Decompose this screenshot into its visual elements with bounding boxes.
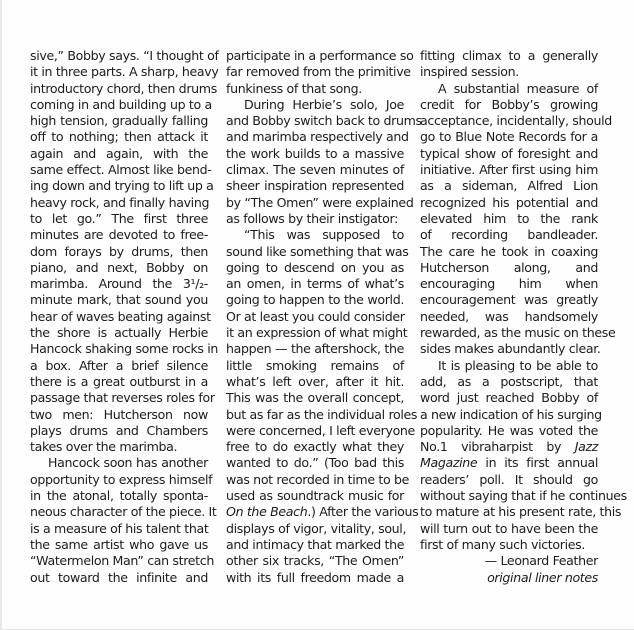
text-line: introductory chord, then drums (30, 81, 208, 97)
text-line: Or at least you could consider (226, 309, 404, 325)
text-line: without saying that if he continues (420, 488, 598, 504)
text-line: first of many such victories. (420, 537, 598, 553)
attribution-author: — Leonard Feather (420, 553, 598, 569)
text-line: were concerned, I left everyone (226, 423, 404, 439)
text-line: out toward the infinite and (30, 570, 208, 586)
text-line: again and again, with the (30, 146, 208, 162)
text-line: but as far as the individual roles (226, 407, 404, 423)
text-line: plays drums and Chambers (30, 423, 208, 439)
text-run: .) After the various (307, 504, 418, 519)
text-column-2: participate in a performance so far remo… (226, 48, 404, 586)
text-line: funkiness of that song. (226, 81, 404, 97)
text-line: add, as a postscript, that (420, 374, 598, 390)
text-line: encouraging him when (420, 276, 598, 292)
text-line: minute mark, that sound you (30, 292, 208, 308)
text-line: a new indication of his surging (420, 407, 598, 423)
text-line: credit for Bobby’s growing (420, 97, 598, 113)
text-line: far removed from the primitive (226, 64, 404, 80)
text-line: takes over the marimba. (30, 439, 208, 455)
text-line: climax. The seven minutes of (226, 162, 404, 178)
text-line: is a measure of his talent that (30, 521, 208, 537)
text-line: off to nothing; then attack it (30, 129, 208, 145)
text-line: Magazine in its first annual (420, 455, 598, 471)
text-line: initiative. After first using him (420, 162, 598, 178)
paragraph-start-line: During Herbie’s solo, Joe (226, 97, 404, 113)
text-line: high tension, gradually falling (30, 113, 208, 129)
text-line: there is a great outburst in a (30, 374, 208, 390)
text-line: neous character of the piece. It (30, 504, 208, 520)
paragraph-start-line: “This was supposed to (226, 227, 404, 243)
text-line: typical show of foresight and (420, 146, 598, 162)
text-line: and intimacy that marked the (226, 537, 404, 553)
text-line: heavy rock, and finally having (30, 195, 208, 211)
text-run: No.1 vibraharpist by (420, 439, 575, 454)
text-line: displays of vigor, vitality, soul, (226, 521, 404, 537)
text-line: sive,” Bobby says. “I thought of (30, 48, 208, 64)
text-line: The care he took in coaxing (420, 244, 598, 260)
text-line: to mature at his present rate, this (420, 504, 598, 520)
text-line: sound like something that was (226, 244, 404, 260)
text-line: as a sideman, Alfred Lion (420, 178, 598, 194)
text-line: popularity. He was voted the (420, 423, 598, 439)
text-line: other six tracks, “The Omen” (226, 553, 404, 569)
text-line: used as soundtrack music for (226, 488, 404, 504)
text-line: sheer inspiration represented (226, 178, 404, 194)
text-line: happen — the aftershock, the (226, 341, 404, 357)
text-column-1: sive,” Bobby says. “I thought of it in t… (30, 48, 208, 586)
text-line: with its full freedom made a (226, 570, 404, 586)
text-line: an omen, in terms of what’s (226, 276, 404, 292)
text-line: piano, and next, Bobby on (30, 260, 208, 276)
text-line: hear of waves beating against (30, 309, 208, 325)
liner-notes-page: sive,” Bobby says. “I thought of it in t… (0, 0, 634, 630)
text-line: readers’ poll. It should go (420, 472, 598, 488)
text-line: two men: Hutcherson now (30, 407, 208, 423)
text-line: This was the overall concept, (226, 390, 404, 406)
magazine-title-italic: Jazz (575, 439, 598, 454)
text-line: sides makes abundantly clear. (420, 341, 598, 357)
text-line: the shore is actually Herbie (30, 325, 208, 341)
text-line: word just reached Bobby of (420, 390, 598, 406)
magazine-title-italic: Magazine (420, 455, 477, 470)
paragraph-start-line: It is pleasing to be able to (420, 358, 598, 374)
text-line: Hutcherson along, and (420, 260, 598, 276)
book-title-italic: On the Beach (226, 504, 307, 519)
text-line: go to Blue Note Records for a (420, 129, 598, 145)
text-run: in its first annual (477, 455, 598, 470)
text-line: little smoking remains of (226, 358, 404, 374)
text-line: dom forays by drums, then (30, 244, 208, 260)
text-line: free to do exactly what they (226, 439, 404, 455)
text-line: “Watermelon Man” can stretch (30, 553, 208, 569)
text-line: it an expression of what might (226, 325, 404, 341)
paragraph-start-line: Hancock soon has another (30, 455, 208, 471)
text-line: encouragement was greatly (420, 292, 598, 308)
text-line: No.1 vibraharpist by Jazz (420, 439, 598, 455)
text-line: the same artist who gave us (30, 537, 208, 553)
text-line: recognized his potential and (420, 195, 598, 211)
text-line: passage that reverses roles for (30, 390, 208, 406)
text-line: as follows by their instigator: (226, 211, 404, 227)
text-line: needed, was handsomely (420, 309, 598, 325)
text-line: going to happen to the world. (226, 292, 404, 308)
paragraph-start-line: A substantial measure of (420, 81, 598, 97)
text-line: in the atonal, totally sponta- (30, 488, 208, 504)
text-line: fitting climax to a generally (420, 48, 598, 64)
text-line: marimba. Around the 3¹/₂- (30, 276, 208, 292)
attribution-source: original liner notes (420, 570, 598, 586)
text-line: rewarded, as the music on these (420, 325, 598, 341)
text-line: and marimba respectively and (226, 129, 404, 145)
text-line: of recording bandleader. (420, 227, 598, 243)
text-line: wanted to do.” (Too bad this (226, 455, 404, 471)
text-line: acceptance, incidentally, should (420, 113, 598, 129)
text-line: coming in and building up to a (30, 97, 208, 113)
text-line: by “The Omen” were explained (226, 195, 404, 211)
scan-edge-left (0, 0, 2, 630)
text-line: will turn out to have been the (420, 521, 598, 537)
text-line: and Bobby switch back to drums (226, 113, 404, 129)
text-line: a box. After a brief silence (30, 358, 208, 374)
text-line: elevated him to the rank (420, 211, 598, 227)
text-line: On the Beach.) After the various (226, 504, 404, 520)
text-column-3: fitting climax to a generally inspired s… (420, 48, 598, 586)
text-line: what’s left over, after it hit. (226, 374, 404, 390)
text-line: ing down and trying to lift up a (30, 178, 208, 194)
text-line: opportunity to express himself (30, 472, 208, 488)
text-line: it in three parts. A sharp, heavy (30, 64, 208, 80)
text-line: minutes are devoted to free- (30, 227, 208, 243)
text-line: inspired session. (420, 64, 598, 80)
text-line: to let go.” The first three (30, 211, 208, 227)
text-line: Hancock shaking some rocks in (30, 341, 208, 357)
text-line: same effect. Almost like bend- (30, 162, 208, 178)
text-line: going to descend on you as (226, 260, 404, 276)
text-line: the work builds to a massive (226, 146, 404, 162)
text-line: participate in a performance so (226, 48, 404, 64)
text-line: was not recorded in time to be (226, 472, 404, 488)
